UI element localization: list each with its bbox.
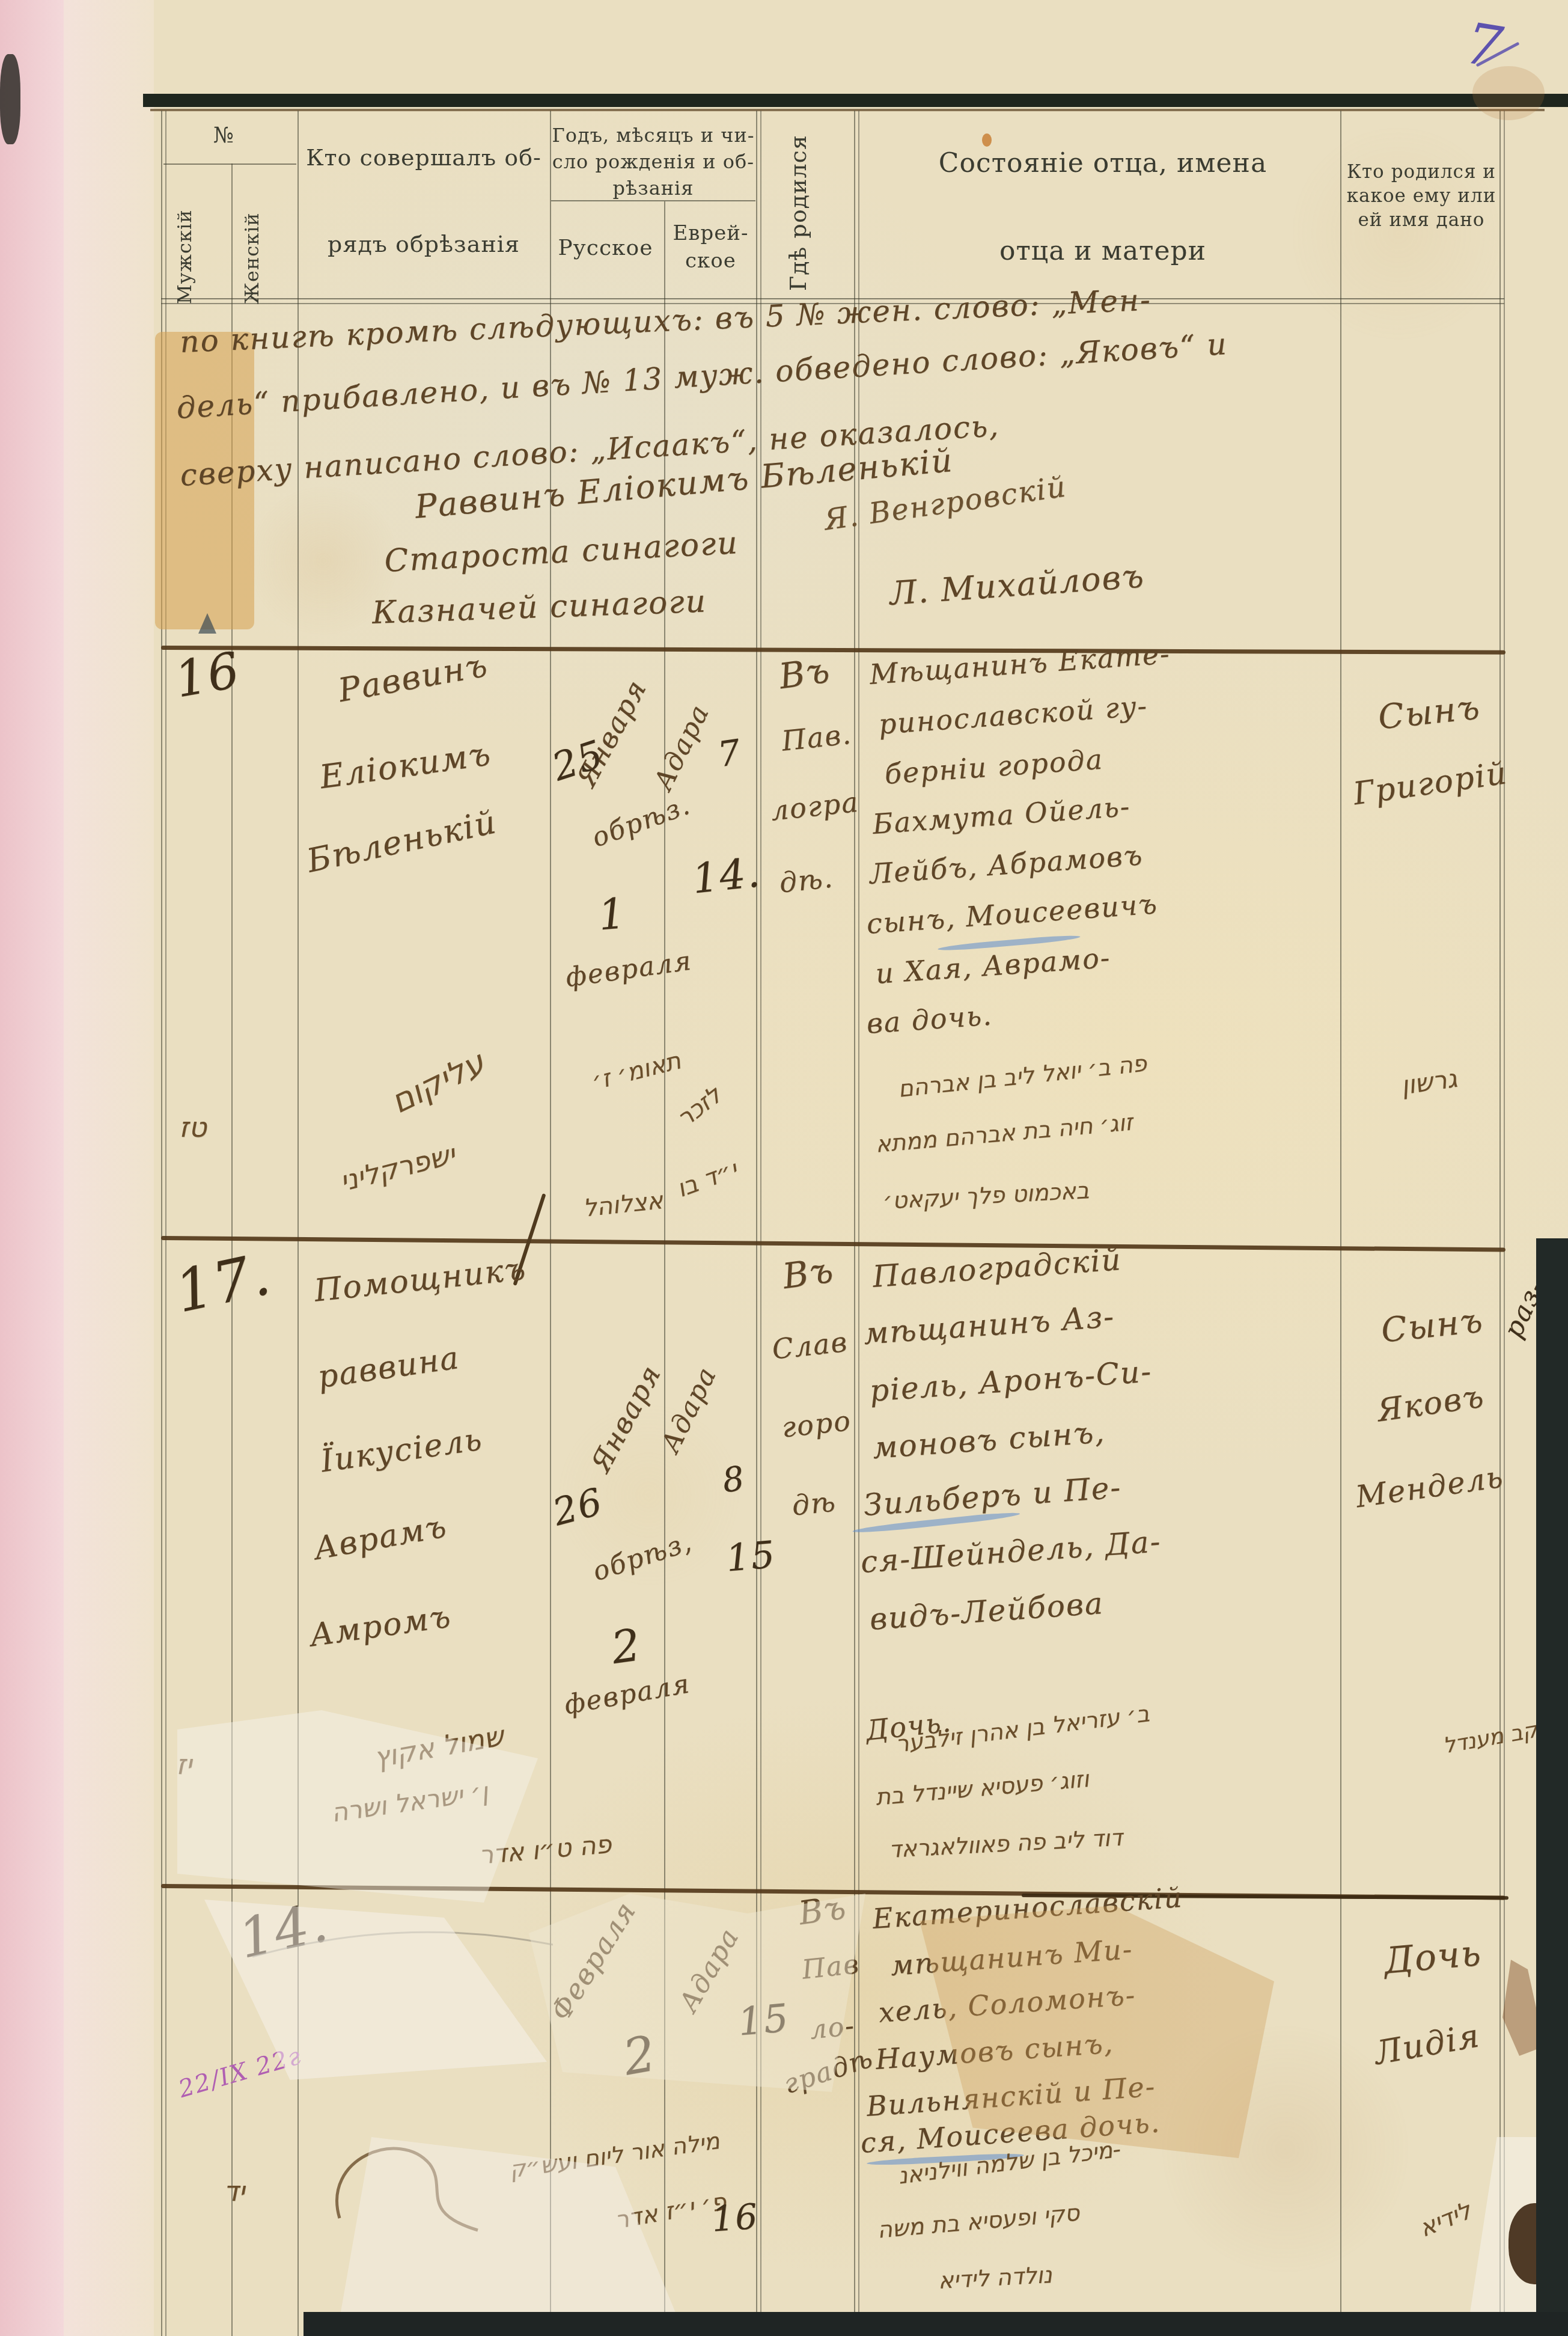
top-dark-band [143, 94, 1568, 107]
metrical-book-scan: 7 № Мужскій Женскій Кто совершалъ об- ря… [0, 0, 1568, 2336]
entry16-place-4: дѣ. [778, 861, 835, 899]
dark-bottom-band [304, 2312, 1568, 2336]
header-date-line2: сло рожденія и об- [551, 150, 755, 173]
header-date-line3: рѣзанія [551, 177, 755, 200]
dark-right-edge [1536, 1238, 1568, 2336]
entry17-heb-circ-day: 15 [724, 1532, 778, 1580]
table-right-border [1499, 111, 1501, 2336]
pale-page-edge [64, 0, 154, 2336]
entry14-hebrew-circ-num: 16 [710, 2196, 760, 2240]
header-father-line2: отца и матери [865, 236, 1340, 266]
orange-fleck [982, 133, 992, 147]
corner-smudge [0, 54, 20, 144]
entry14-child-1: Дочь [1382, 1932, 1483, 1983]
header-male: Мужскій [173, 178, 196, 304]
entry17-place-4: дѣ [790, 1485, 838, 1521]
header-child-line2: какое ему или [1346, 185, 1496, 207]
entry16-heb-circ-day: 14. [690, 849, 763, 903]
header-female: Женскій [240, 178, 263, 304]
entry17-place-1: Въ [780, 1249, 837, 1297]
entry16-hebrew-number: טז [179, 1111, 207, 1143]
faint-stain-top-right [1472, 66, 1545, 120]
rule-under-no [163, 164, 296, 165]
header-child-line1: Кто родился и [1346, 161, 1496, 183]
header-birthplace: Гдѣ родился [785, 135, 811, 291]
torn-paper-dates [529, 1894, 865, 2092]
header-child-line3: ей имя дано [1346, 209, 1496, 231]
header-father-line1: Состояніе отца, имена [865, 148, 1340, 179]
entry16-number: 16 [171, 641, 245, 709]
header-performer-line2: рядъ обрѣзанія [297, 231, 550, 257]
rule-under-date [551, 200, 755, 201]
header-hebrew-line2: ское [667, 249, 754, 273]
top-brown-line [150, 109, 1545, 111]
entry16-place-1: Въ [776, 649, 833, 697]
header-date-line1: Годъ, мѣсяцъ и чи- [551, 124, 755, 147]
header-performer-line1: Кто совершалъ об- [297, 144, 550, 171]
entry14-hebrew-number: יד [224, 2175, 245, 2207]
header-no: № [213, 123, 234, 148]
header-hebrew-line1: Еврей- [667, 221, 754, 245]
col-line-father-child [1340, 111, 1341, 2336]
pink-blotter-edge [0, 0, 64, 2336]
header-russian: Русское [547, 236, 664, 260]
entry16-circ-day: 1 [596, 888, 629, 940]
